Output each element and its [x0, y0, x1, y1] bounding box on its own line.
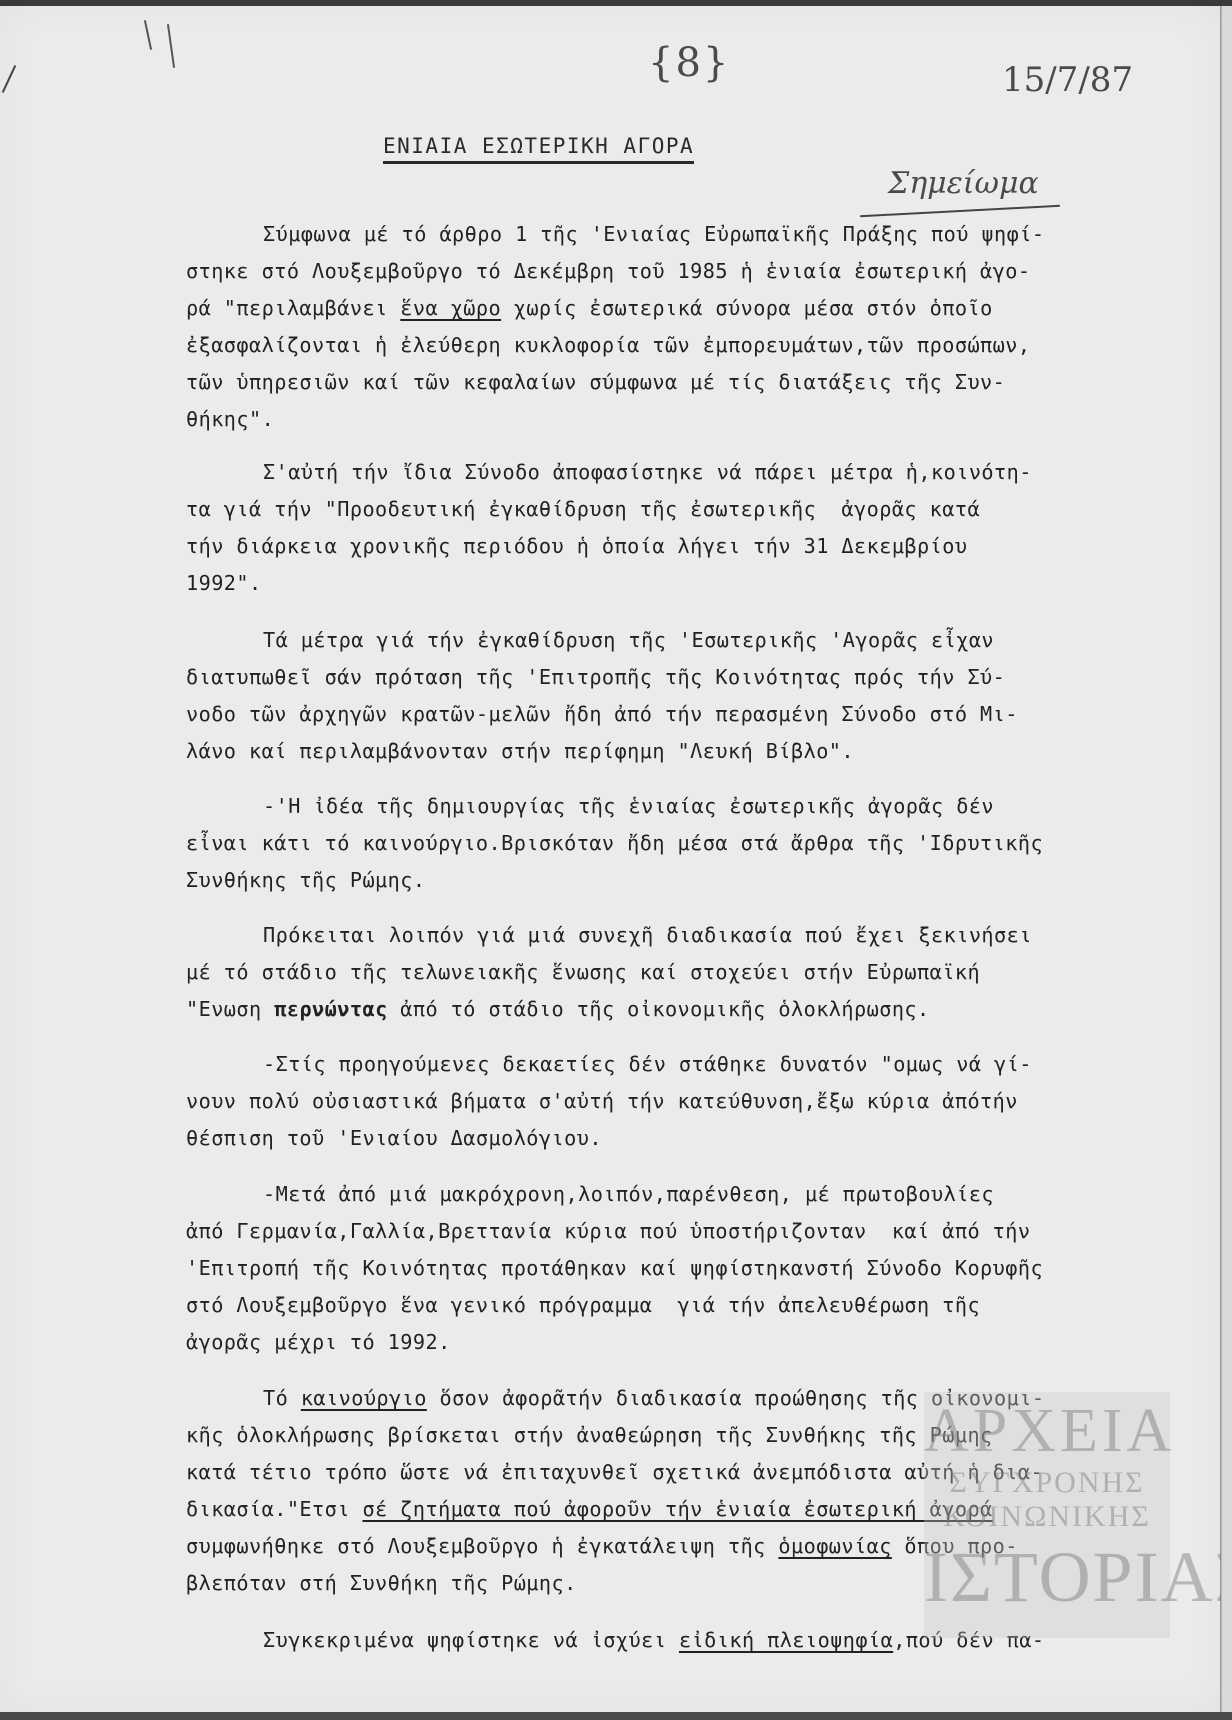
text-segment: ὅπου προ-	[892, 1534, 1018, 1558]
text-line: ἐξασφαλίζονται ἡ ἐλεύθερη κυκλοφορία τῶν…	[186, 332, 1030, 358]
pen-mark	[167, 24, 175, 68]
text-line: διατυπωθεῖ σάν πρόταση τῆς 'Επιτροπῆς τῆ…	[186, 664, 1005, 690]
text-line: βλεπόταν στή Συνθήκη τῆς Ρώμης.	[186, 1570, 577, 1596]
text-segment: δικασία."Ετσι	[186, 1497, 362, 1521]
text-line: μέ τό στάδιο τῆς τελωνειακῆς ἕνωσης καί …	[186, 959, 980, 985]
text-line: στηκε στό Λουξεμβοῦργο τό Δεκέμβρη τοῦ 1…	[186, 258, 1030, 284]
text-line: νουν πολύ οὐσιαστικά βήματα σ'αὐτή τήν κ…	[186, 1088, 1018, 1114]
bold-phrase: περνώντας	[274, 997, 387, 1021]
text-line: Συγκεκριμένα ψηφίστηκε νά ἰσχύει εἰδική …	[263, 1627, 1044, 1653]
text-line: δικασία."Ετσι σέ ζητήματα πού ἀφοροῦν τή…	[186, 1496, 993, 1522]
text-line: κῆς ὁλοκλήρωσης βρίσκεται στήν ἀναθεώρησ…	[186, 1422, 993, 1448]
text-segment: ρά "περιλαμβάνει	[186, 296, 400, 320]
scan-bottom-border	[0, 1712, 1232, 1720]
handwritten-date: 15/7/87	[1002, 60, 1133, 100]
underlined-phrase: καινούργιο	[301, 1386, 427, 1410]
text-segment: συμφωνήθηκε στό Λουξεμβοῦργο ἡ ἐγκατάλει…	[186, 1534, 778, 1558]
text-line: τήν διάρκεια χρονικῆς περιόδου ἡ ὁποία λ…	[186, 533, 967, 559]
text-segment: Συγκεκριμένα ψηφίστηκε νά ἰσχύει	[263, 1628, 679, 1652]
text-line: Σύμφωνα μέ τό άρθρο 1 τῆς 'Ενιαίας Εὐρωπ…	[263, 221, 1044, 247]
text-line: 1992".	[186, 570, 262, 596]
underlined-phrase: ἕνα χῶρο	[400, 296, 501, 320]
text-segment: ὅσον ἀφορᾶτήν διαδικασία προώθησης τῆς ο…	[427, 1386, 1045, 1410]
text-line: τα γιά τήν "Προοδευτική ἐγκαθίδρυση τῆς …	[186, 496, 980, 522]
text-line: -'Η ἰδέα τῆς δημιουργίας τῆς ἑνιαίας ἐσω…	[263, 793, 994, 819]
pen-mark	[144, 20, 152, 50]
handwritten-folio-number: {8}	[648, 40, 730, 86]
pen-mark	[2, 65, 16, 93]
text-line: στό Λουξεμβοῦργο ἕνα γενικό πρόγραμμα γι…	[186, 1292, 980, 1318]
text-line: ἀγορᾶς μέχρι τό 1992.	[186, 1329, 451, 1355]
text-line: -Στίς προηγούμενες δεκαετίες δέν στάθηκε…	[263, 1051, 1032, 1077]
text-segment: χωρίς ἐσωτερικά σύνορα μέσα στόν ὁποῖο	[501, 296, 993, 320]
text-line: Συνθήκης τῆς Ρώμης.	[186, 867, 425, 893]
text-line: "Ενωση περνώντας ἀπό τό στάδιο τῆς οἰκον…	[186, 996, 930, 1022]
text-line: νοδο τῶν ἀρχηγῶν κρατῶν-μελῶν ἤδη ἀπό τή…	[186, 701, 1018, 727]
handwritten-underline	[860, 205, 1060, 217]
underlined-phrase: σέ ζητήματα πού ἀφοροῦν τήν ἑνιαία ἐσωτε…	[362, 1497, 992, 1521]
text-line: 'Επιτροπή τῆς Κοινότητας προτάθηκαν καί …	[186, 1255, 1043, 1281]
text-line: Σ'αὐτή τήν ἴδια Σύνοδο ἀποφασίστηκε νά π…	[263, 459, 1032, 485]
text-line: κατά τέτιο τρόπο ὥστε νά ἐπιταχυνθεῖ σχε…	[186, 1459, 1043, 1485]
text-line: θέσπιση τοῦ 'Ενιαίου Δασμολόγιου.	[186, 1125, 602, 1151]
text-line: ἀπό Γερμανία,Γαλλία,Βρεττανία κύρια πού …	[186, 1218, 1030, 1244]
text-segment: "Ενωση	[186, 997, 274, 1021]
text-line: εἶναι κάτι τό καινούργιο.Βρισκόταν ἤδη μ…	[186, 830, 1043, 856]
scan-right-edge	[1221, 6, 1232, 1712]
text-segment: ,πού δέν πα-	[893, 1628, 1044, 1652]
text-segment: ἀπό τό στάδιο τῆς οἰκονομικῆς ὁλοκλήρωση…	[388, 997, 930, 1021]
text-line: Τά μέτρα γιά τήν ἐγκαθίδρυση τῆς 'Εσωτερ…	[263, 627, 994, 653]
text-line: συμφωνήθηκε στό Λουξεμβοῦργο ἡ ἐγκατάλει…	[186, 1533, 1018, 1559]
document-page: {8} 15/7/87 Σημείωμα ΕΝΙΑΙΑ ΕΣΩΤΕΡΙΚΗ ΑΓ…	[0, 6, 1222, 1712]
text-line: Τό καινούργιο ὅσον ἀφορᾶτήν διαδικασία π…	[263, 1385, 1044, 1411]
text-line: τῶν ὑπηρεσιῶν καί τῶν κεφαλαίων σύμφωνα …	[186, 369, 1005, 395]
text-line: Πρόκειται λοιπόν γιά μιά συνεχῆ διαδικασ…	[263, 922, 1032, 948]
underlined-phrase: ὁμοφωνίας	[778, 1534, 891, 1558]
document-title: ΕΝΙΑΙΑ ΕΣΩΤΕΡΙΚΗ ΑΓΟΡΑ	[383, 133, 694, 164]
text-line: -Μετά ἀπό μιά μακρόχρονη,λοιπόν,παρένθεσ…	[263, 1181, 994, 1207]
underlined-phrase: εἰδική πλειοψηφία	[679, 1628, 893, 1652]
text-line: λάνο καί περιλαμβάνονταν στήν περίφημη "…	[186, 738, 854, 764]
text-line: θήκης".	[186, 406, 274, 432]
handwritten-note-label: Σημείωμα	[888, 166, 1039, 201]
text-line: ρά "περιλαμβάνει ἕνα χῶρο χωρίς ἐσωτερικ…	[186, 295, 993, 321]
text-segment: Τό	[263, 1386, 301, 1410]
